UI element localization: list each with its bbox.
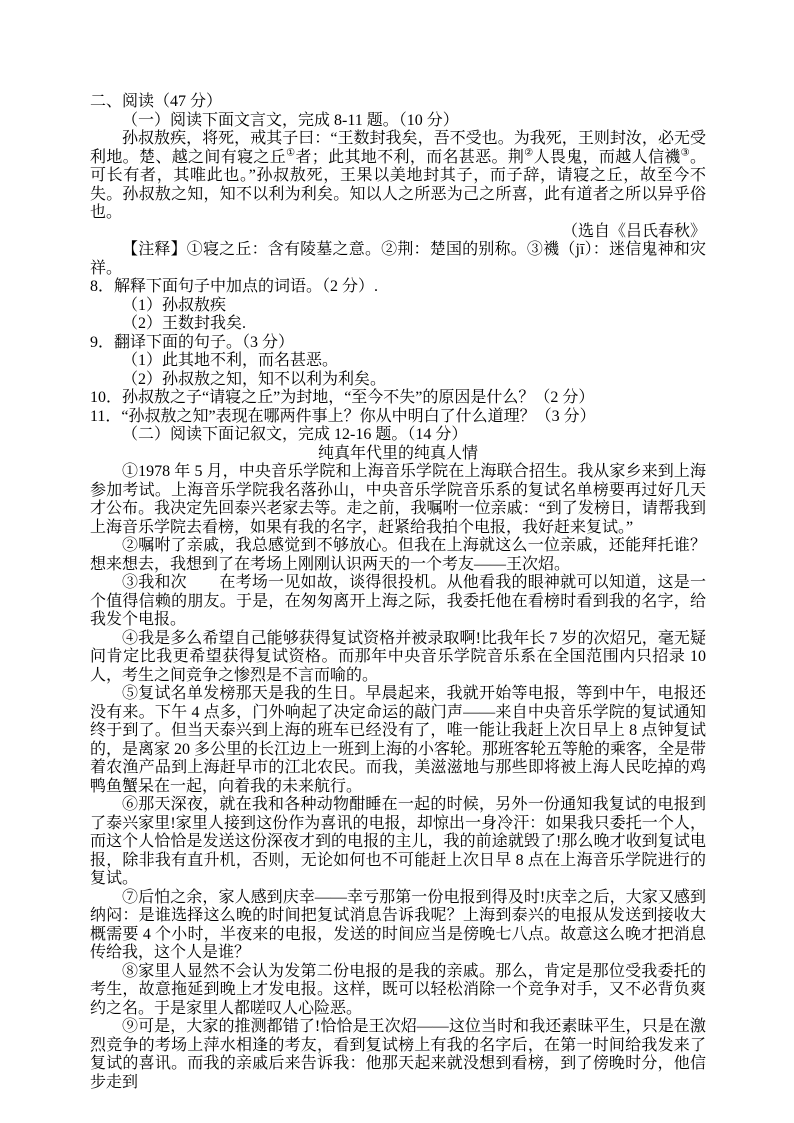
essay-paragraph-3: ③我和次 在考场一见如故，谈得很投机。从他看我的眼神就可以知道，这是一个值得信赖…	[90, 574, 706, 630]
essay-paragraph-5: ⑤复试名单发榜那天是我的生日。早晨起来，我就开始等电报，等到中午，电报还没有来。…	[90, 685, 706, 796]
part-1-heading: （一）阅读下面文言文，完成 8-11 题。（10 分）	[90, 112, 706, 131]
passage-annotations: 【注释】①寝之丘：含有陵墓之意。②荆：楚国的别称。③禨（jī）：迷信鬼神和灾祥。	[90, 241, 706, 278]
essay-paragraph-7: ⑦后怕之余，家人感到庆幸——幸亏那第一份电报到得及时!庆幸之后，大家又感到纳闷：…	[90, 889, 706, 963]
essay-paragraph-2: ②嘱咐了亲戚，我总感觉到不够放心。但我在上海就这么一位亲戚，还能拜托谁？想来想去…	[90, 537, 706, 574]
section-heading: 二、阅读（47 分）	[90, 93, 706, 112]
document-content: 二、阅读（47 分） （一）阅读下面文言文，完成 8-11 题。（10 分） 孙…	[90, 93, 706, 1092]
question-10: 10．孙叔敖之子“请寝之丘”为封地，“至今不失”的原因是什么？（2 分）	[90, 389, 706, 408]
question-9: 9．翻译下面的句子。（3 分）	[90, 334, 706, 353]
essay-paragraph-4: ④我是多么希望自己能够获得复试资格并被录取啊!比我年长 7 岁的次炤兄，毫无疑问…	[90, 630, 706, 686]
question-8: 8．解释下面句子中加点的词语。（2 分）.	[90, 278, 706, 297]
essay-paragraph-9: ⑨可是，大家的推测都错了!恰恰是王次炤——这位当时和我还素昧平生，只是在激烈竞争…	[90, 1018, 706, 1092]
essay-paragraph-1: ①1978 年 5 月，中央音乐学院和上海音乐学院在上海联合招生。我从家乡来到上…	[90, 463, 706, 537]
part-2-heading: （二）阅读下面记叙文，完成 12-16 题。（14 分）	[90, 426, 706, 445]
document-page: 二、阅读（47 分） （一）阅读下面文言文，完成 8-11 题。（10 分） 孙…	[0, 0, 794, 1123]
question-9-item-1: （1）此其地不利，而名甚恶。	[90, 352, 706, 371]
question-11: 11．“孙叔敖之知”表现在哪两件事上？你从中明白了什么道理？（3 分）	[90, 408, 706, 427]
source-attribution: （选自《吕氏春秋》	[90, 223, 706, 242]
question-8-item-1: （1）孙叔敖疾	[90, 297, 706, 316]
essay-paragraph-8: ⑧家里人显然不会认为发第二份电报的是我的亲戚。那么，肯定是那位受我委托的考生，故…	[90, 963, 706, 1019]
question-9-item-2: （2）孙叔敖之知，知不以利为利矣。	[90, 371, 706, 390]
classical-passage: 孙叔敖疾，将死，戒其子曰：“王数封我矣，吾不受也。为我死，王则封汝，必无受利地。…	[90, 130, 706, 223]
note-marker: ①	[286, 147, 295, 158]
note-marker: ③	[681, 147, 690, 158]
essay-paragraph-6: ⑥那天深夜，就在我和各种动物酣睡在一起的时候，另外一份通知我复试的电报到了泰兴家…	[90, 796, 706, 889]
note-marker: ②	[524, 147, 533, 158]
essay-title: 纯真年代里的纯真人情	[90, 445, 706, 464]
question-8-item-2: （2）王数封我矣.	[90, 315, 706, 334]
